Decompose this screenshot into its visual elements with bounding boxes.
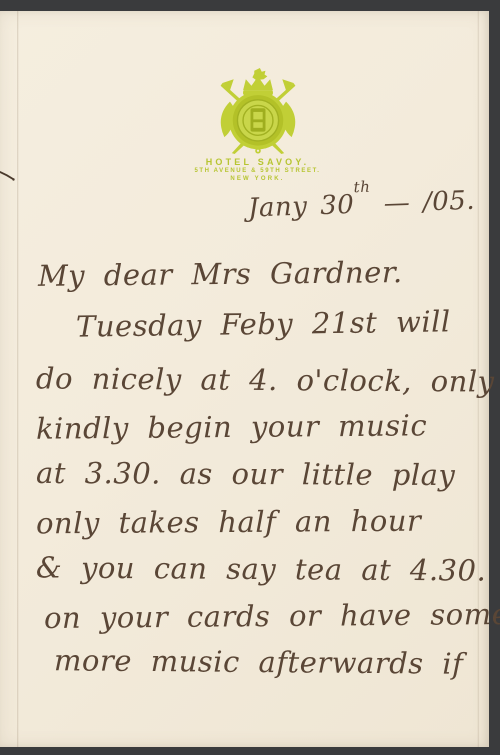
salutation: My dear Mrs Gardner.	[38, 255, 403, 293]
handwritten-line: at 3.30. as our little play	[36, 456, 455, 492]
handwritten-line: more music afterwards if	[54, 643, 464, 681]
stray-ink-mark-icon	[0, 166, 18, 188]
date-line: Jany 30th — /05.	[248, 185, 476, 224]
date-ordinal-superscript: th	[353, 178, 370, 197]
scan-background: { "scan": { "background_color": "#3a3b3d…	[0, 0, 500, 755]
date-prefix: Jany 30	[248, 190, 355, 224]
handwritten-line: do nicely at 4. o'clock, only	[36, 361, 495, 398]
hotel-address: 5TH AVENUE & 59TH STREET.	[130, 168, 385, 174]
hotel-name: HOTEL SAVOY.	[130, 157, 385, 167]
handwritten-line: only takes half an hour	[36, 504, 422, 541]
handwritten-line: kindly begin your music	[36, 408, 427, 445]
letter-scan: HOTEL SAVOY. 5TH AVENUE & 59TH STREET. N…	[0, 0, 500, 755]
date-suffix: — /05.	[370, 186, 475, 220]
hotel-savoy-crest-icon	[202, 68, 314, 154]
handwritten-line: on your cards or have some	[44, 597, 500, 635]
handwritten-line: & you can say tea at 4.30.	[36, 550, 486, 587]
hotel-city: NEW YORK.	[130, 176, 385, 182]
handwritten-line: Tuesday Feby 21st will	[76, 304, 451, 343]
page-fold-line	[17, 11, 19, 747]
letter-page: HOTEL SAVOY. 5TH AVENUE & 59TH STREET. N…	[0, 11, 489, 747]
